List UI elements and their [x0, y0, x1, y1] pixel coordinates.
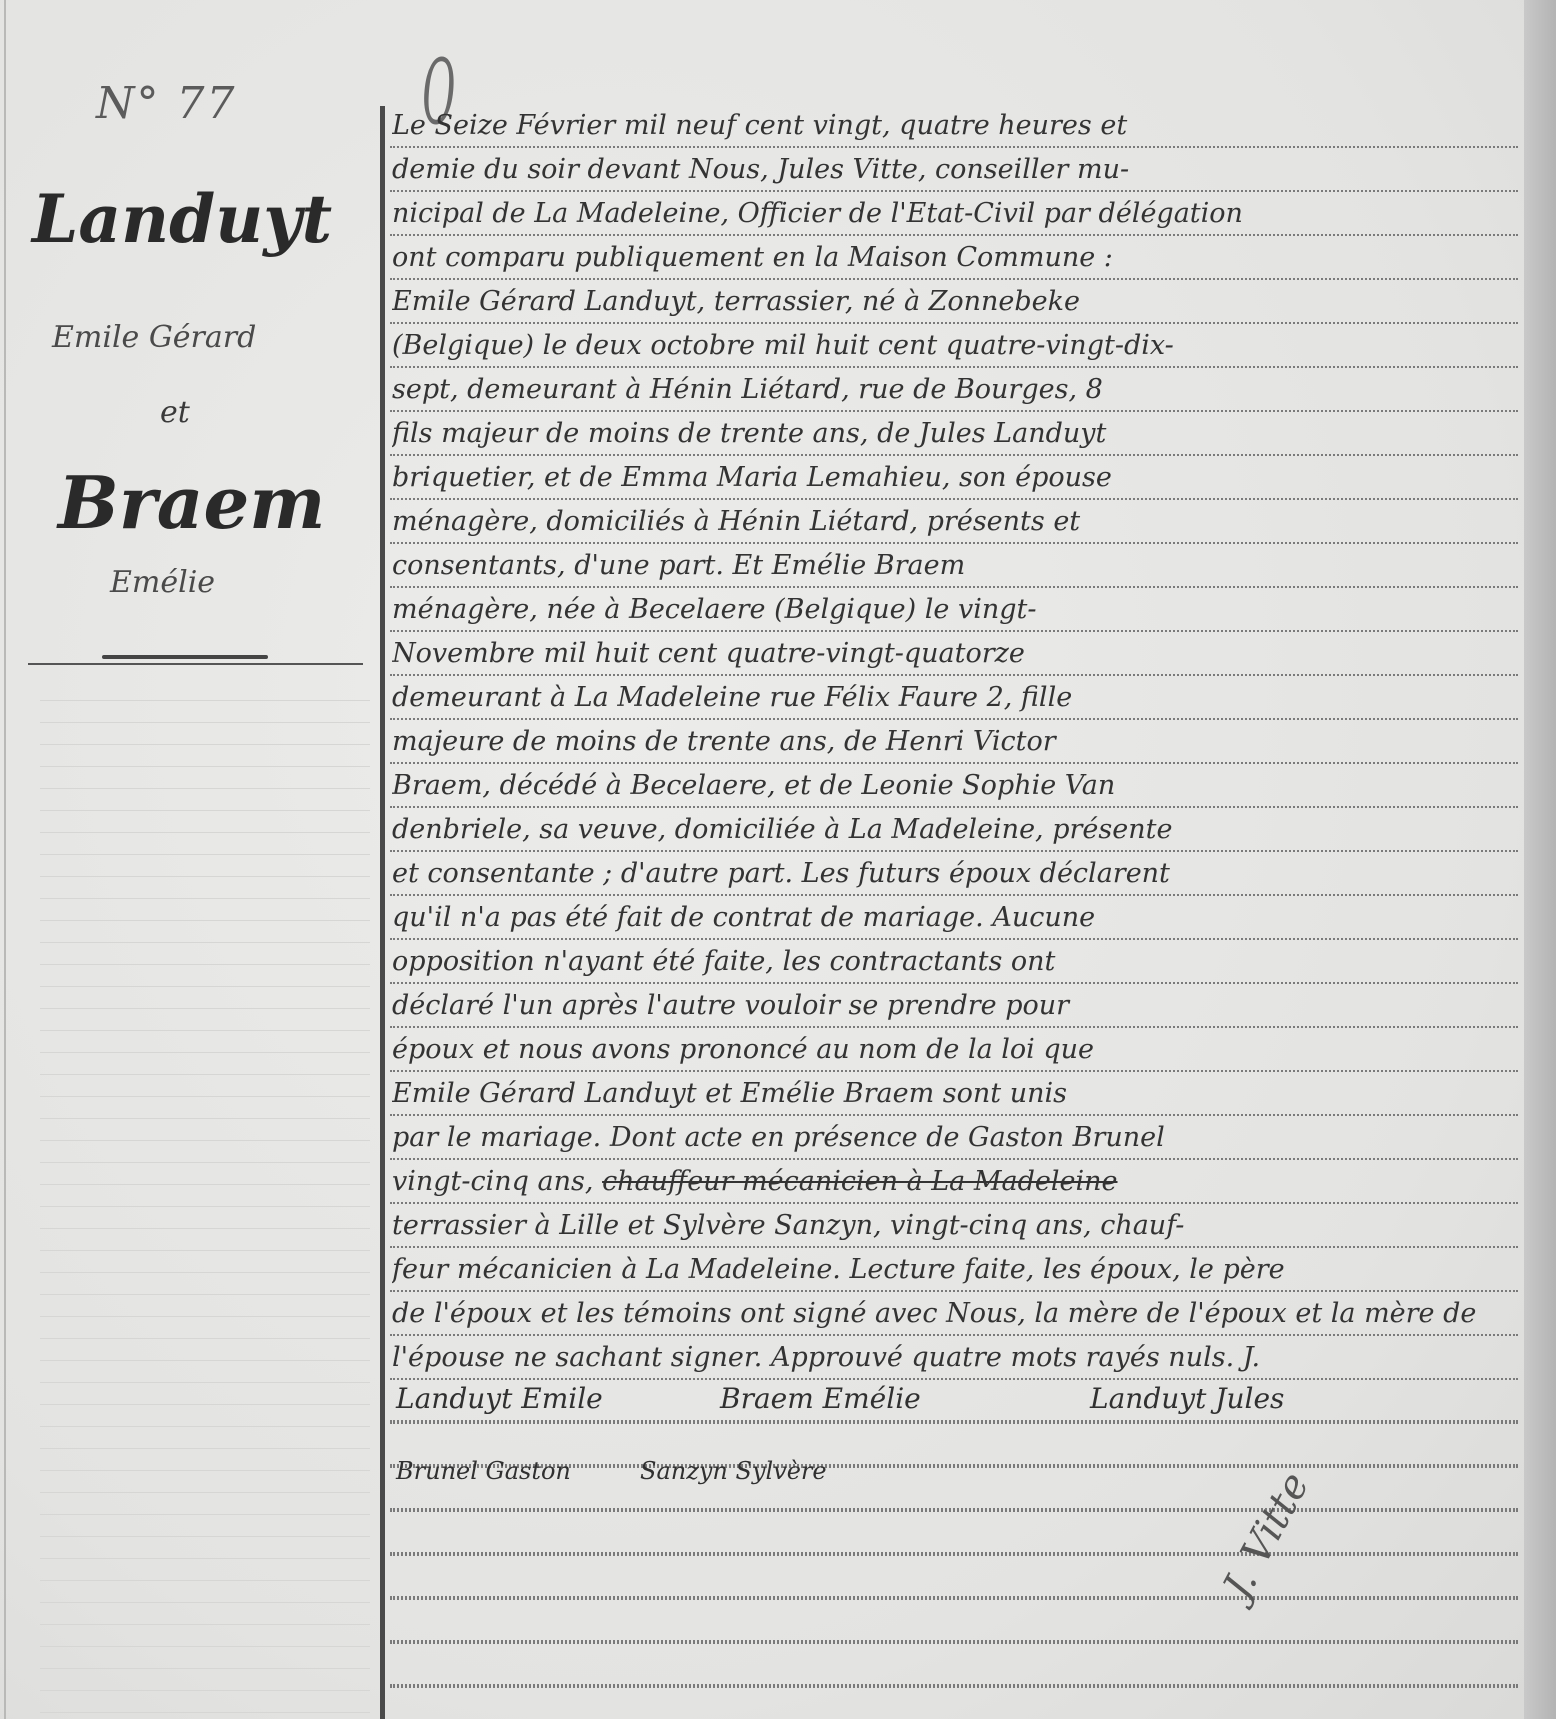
record-line: denbriele, sa veuve, domiciliée à La Mad… — [392, 810, 1520, 850]
faint-ruled-line — [40, 1514, 370, 1515]
record-line: sept, demeurant à Hénin Liétard, rue de … — [392, 370, 1520, 410]
faint-ruled-line — [40, 1382, 370, 1383]
ruled-line — [390, 1596, 1518, 1598]
book-binding-edge — [1524, 0, 1556, 1719]
faint-ruled-line — [40, 942, 370, 943]
faint-ruled-line — [40, 1316, 370, 1317]
faint-ruled-line — [40, 722, 370, 723]
record-line: ménagère, domiciliés à Hénin Liétard, pr… — [392, 502, 1520, 542]
groom-surname: Landuyt — [32, 180, 332, 258]
ruled-line — [390, 630, 1518, 632]
faint-ruled-line — [40, 854, 370, 855]
record-line: demeurant à La Madeleine rue Félix Faure… — [392, 678, 1520, 718]
faint-ruled-line — [40, 1668, 370, 1669]
record-line: terrassier à Lille et Sylvère Sanzyn, vi… — [392, 1206, 1520, 1246]
record-line: de l'époux et les témoins ont signé avec… — [392, 1294, 1520, 1334]
faint-ruled-line — [40, 832, 370, 833]
faint-ruled-line — [40, 1074, 370, 1075]
margin-divider-short — [102, 655, 268, 659]
ruled-line — [390, 894, 1518, 896]
faint-ruled-line — [40, 788, 370, 789]
margin-column: N° 77 Landuyt Emile Gérard et Braem Emél… — [0, 0, 380, 1719]
record-line: ménagère, née à Becelaere (Belgique) le … — [392, 590, 1520, 630]
record-line: nicipal de La Madeleine, Officier de l'E… — [392, 194, 1520, 234]
faint-ruled-line — [40, 1228, 370, 1229]
ruled-line — [390, 1114, 1518, 1116]
record-line: fils majeur de moins de trente ans, de J… — [392, 414, 1520, 454]
faint-ruled-line — [40, 1250, 370, 1251]
record-line: l'épouse ne sachant signer. Approuvé qua… — [392, 1338, 1520, 1378]
record-line: époux et nous avons prononcé au nom de l… — [392, 1030, 1520, 1070]
signature-bride: Braem Emélie — [720, 1382, 921, 1415]
ruled-line — [390, 1510, 1518, 1512]
record-line: Braem, décédé à Becelaere, et de Leonie … — [392, 766, 1520, 806]
signature-row-2: Brunel Gaston Sanzyn Sylvère — [390, 1455, 1518, 1499]
ruled-line — [390, 982, 1518, 984]
faint-ruled-line — [40, 1646, 370, 1647]
record-line: et consentante ; d'autre part. Les futur… — [392, 854, 1520, 894]
record-line: déclaré l'un après l'autre vouloir se pr… — [392, 986, 1520, 1026]
ruled-line — [390, 938, 1518, 940]
ruled-line — [390, 1684, 1518, 1686]
faint-ruled-line — [40, 1162, 370, 1163]
bride-given-names: Emélie — [110, 565, 215, 600]
margin-vertical-rule — [380, 106, 385, 1719]
faint-ruled-line — [40, 1338, 370, 1339]
ruled-line — [390, 1026, 1518, 1028]
signature-witness-1: Brunel Gaston — [396, 1457, 571, 1485]
faint-ruled-line — [40, 1030, 370, 1031]
ruled-line — [390, 850, 1518, 852]
ruled-line — [390, 1334, 1518, 1336]
ruled-line — [390, 1246, 1518, 1248]
faint-ruled-line — [40, 1118, 370, 1119]
faint-ruled-line — [40, 700, 370, 701]
bride-surname: Braem — [58, 460, 325, 545]
margin-divider-long — [28, 663, 363, 665]
ruled-line — [390, 1508, 1518, 1510]
faint-ruled-line — [40, 964, 370, 965]
record-line: qu'il n'a pas été fait de contrat de mar… — [392, 898, 1520, 938]
ruled-line — [390, 762, 1518, 764]
faint-ruled-line — [40, 1602, 370, 1603]
record-line: Novembre mil huit cent quatre-vingt-quat… — [392, 634, 1520, 674]
faint-ruled-line — [40, 876, 370, 877]
faint-ruled-line — [40, 1426, 370, 1427]
faint-ruled-line — [40, 1624, 370, 1625]
faint-ruled-line — [40, 1096, 370, 1097]
faint-ruled-line — [40, 1294, 370, 1295]
record-line: consentants, d'une part. Et Emélie Braem — [392, 546, 1520, 586]
register-page: N° 77 Landuyt Emile Gérard et Braem Emél… — [0, 0, 1524, 1719]
signature-groom: Landuyt Emile — [396, 1382, 603, 1415]
ruled-line — [390, 1070, 1518, 1072]
ruled-line — [390, 1598, 1518, 1600]
ruled-line — [390, 190, 1518, 192]
faint-ruled-line — [40, 1184, 370, 1185]
faint-ruled-line — [40, 1404, 370, 1405]
ruled-line — [390, 1202, 1518, 1204]
record-line: Emile Gérard Landuyt et Emélie Braem son… — [392, 1074, 1520, 1114]
ruled-line — [390, 1640, 1518, 1642]
record-line: majeure de moins de trente ans, de Henri… — [392, 722, 1520, 762]
ruled-line — [390, 1554, 1518, 1556]
ruled-line — [390, 718, 1518, 720]
record-line: vingt-cinq ans, chauffeur mécanicien à L… — [392, 1162, 1520, 1202]
faint-ruled-line — [40, 1272, 370, 1273]
record-line: demie du soir devant Nous, Jules Vitte, … — [392, 150, 1520, 190]
record-line: feur mécanicien à La Madeleine. Lecture … — [392, 1250, 1520, 1290]
ruled-line — [390, 674, 1518, 676]
record-line: Le Seize Février mil neuf cent vingt, qu… — [392, 106, 1520, 146]
ruled-line — [390, 1686, 1518, 1688]
faint-ruled-line — [40, 810, 370, 811]
faint-ruled-line — [40, 766, 370, 767]
record-line: opposition n'ayant été faite, les contra… — [392, 942, 1520, 982]
ruled-line — [390, 1158, 1518, 1160]
faint-ruled-line — [40, 1052, 370, 1053]
faint-ruled-line — [40, 1712, 370, 1713]
faint-ruled-line — [40, 1206, 370, 1207]
ruled-line — [390, 146, 1518, 148]
record-line: ont comparu publiquement en la Maison Co… — [392, 238, 1520, 278]
ruled-line — [390, 366, 1518, 368]
faint-ruled-line — [40, 744, 370, 745]
conjunction: et — [160, 395, 190, 430]
signature-witness-2: Sanzyn Sylvère — [640, 1457, 827, 1485]
act-number: N° 77 — [96, 78, 236, 129]
ruled-line — [390, 234, 1518, 236]
ruled-line — [390, 454, 1518, 456]
struck-text: chauffeur mécanicien à La Madeleine — [602, 1166, 1117, 1197]
faint-ruled-line — [40, 920, 370, 921]
record-line: Emile Gérard Landuyt, terrassier, né à Z… — [392, 282, 1520, 322]
groom-given-names: Emile Gérard — [52, 320, 256, 355]
record-line: par le mariage. Dont acte en présence de… — [392, 1118, 1520, 1158]
ruled-line — [390, 806, 1518, 808]
ruled-line — [390, 586, 1518, 588]
record-body: Le Seize Février mil neuf cent vingt, qu… — [390, 0, 1524, 1719]
faint-ruled-line — [40, 1558, 370, 1559]
faint-ruled-line — [40, 898, 370, 899]
faint-ruled-line — [40, 1448, 370, 1449]
faint-ruled-line — [40, 1536, 370, 1537]
ruled-line — [390, 322, 1518, 324]
faint-ruled-line — [40, 986, 370, 987]
faint-ruled-line — [40, 1008, 370, 1009]
ruled-line — [390, 278, 1518, 280]
signature-groom-father: Landuyt Jules — [1090, 1382, 1284, 1415]
ruled-line — [390, 498, 1518, 500]
faint-ruled-line — [40, 1690, 370, 1691]
faint-ruled-line — [40, 1140, 370, 1141]
ruled-line — [390, 1290, 1518, 1292]
ruled-line — [390, 410, 1518, 412]
ruled-line — [390, 542, 1518, 544]
record-line: briquetier, et de Emma Maria Lemahieu, s… — [392, 458, 1520, 498]
ruled-line — [390, 1552, 1518, 1554]
faint-ruled-line — [40, 1580, 370, 1581]
signature-row-1: Landuyt Emile Braem Emélie Landuyt Jules — [390, 1380, 1518, 1424]
faint-ruled-line — [40, 1470, 370, 1471]
record-line: (Belgique) le deux octobre mil huit cent… — [392, 326, 1520, 366]
faint-ruled-line — [40, 1360, 370, 1361]
faint-ruled-line — [40, 1492, 370, 1493]
ruled-line — [390, 1642, 1518, 1644]
